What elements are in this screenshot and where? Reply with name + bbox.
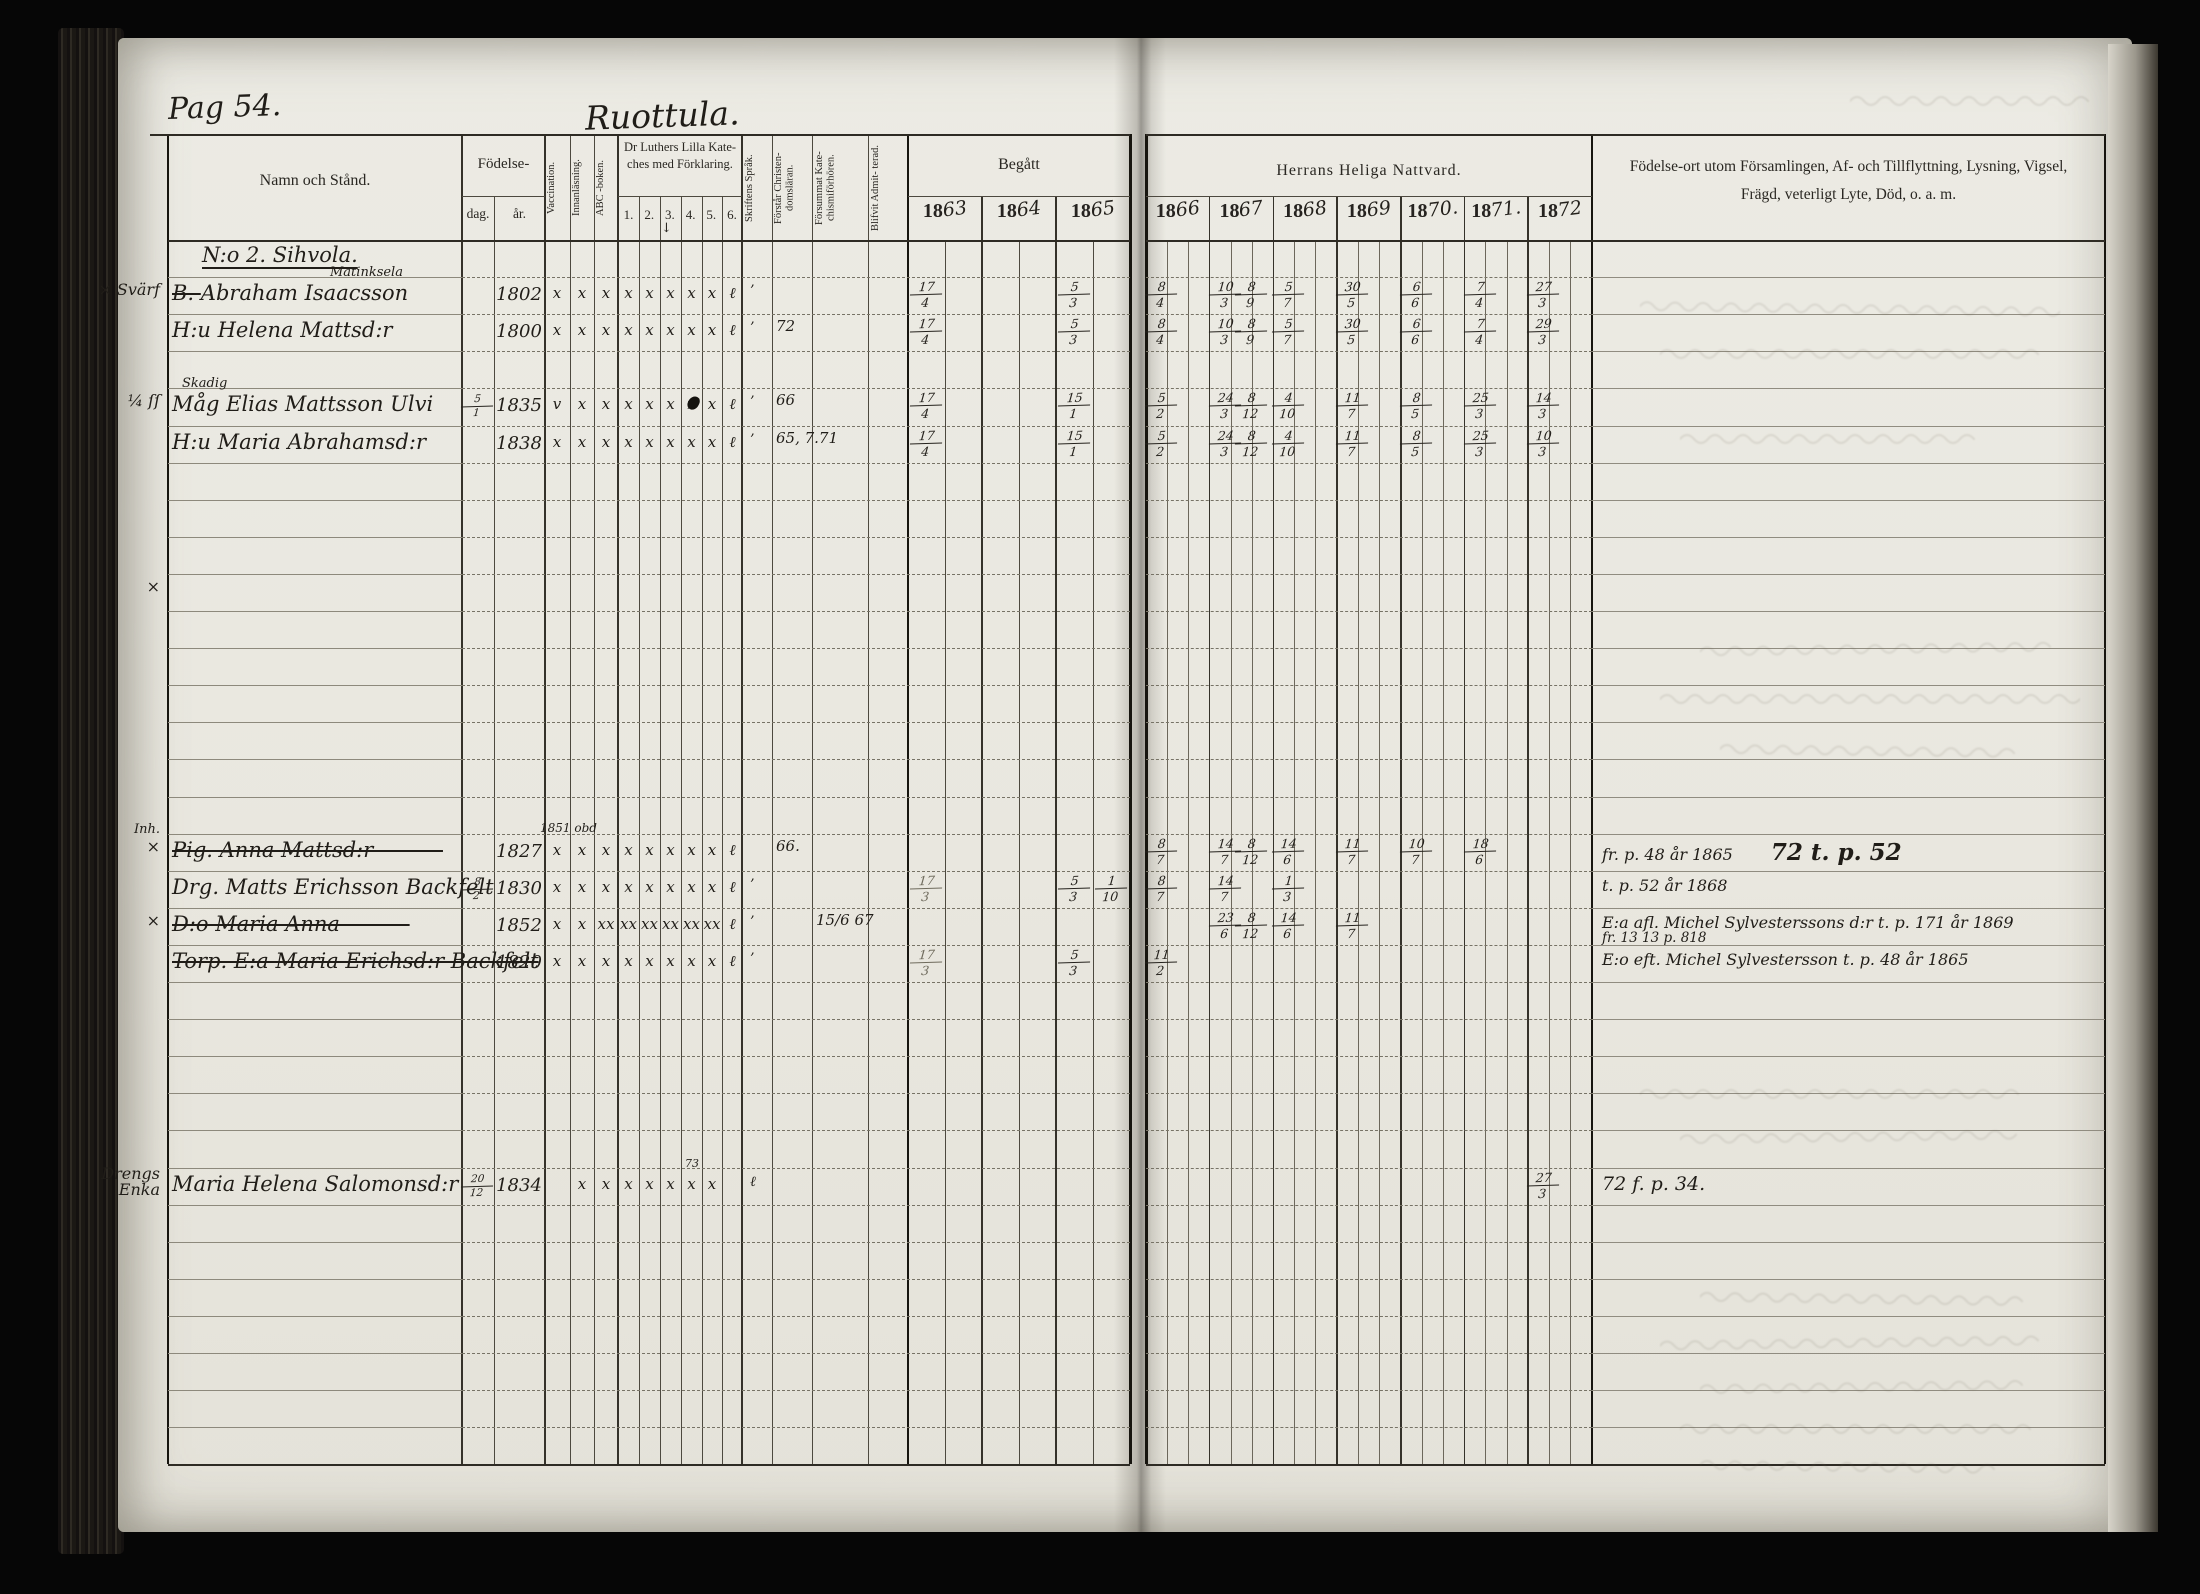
- grid-hline: [1592, 1205, 2105, 1206]
- grid-hline-dashed: [1146, 1242, 1592, 1243]
- fraction-denominator: 12: [1233, 443, 1266, 458]
- grid-hline: [1146, 240, 2105, 242]
- fraction-denominator: 7: [1335, 851, 1368, 866]
- fraction-denominator: 12: [460, 1186, 493, 1199]
- skill-mark: xx: [662, 915, 680, 933]
- fraction-denominator: 3: [1462, 443, 1495, 458]
- grid-hline: [168, 500, 462, 501]
- grid-hline: [168, 314, 462, 315]
- entry-name: Torp. E:a Maria Erichsd:r Backfelt: [172, 949, 539, 973]
- ghost-writing: [1850, 92, 2090, 108]
- date-fraction: 812: [1233, 910, 1268, 940]
- grid-vline: [461, 134, 463, 1464]
- date-fraction: 112: [1144, 947, 1179, 977]
- entry-name-row: D:o Maria Anna ———: [172, 912, 460, 936]
- fraction-denominator: 10: [1094, 888, 1127, 903]
- fraction-denominator: 6: [1398, 295, 1431, 310]
- entry-birth-year: 1835: [494, 395, 544, 416]
- grid-hline: [168, 611, 462, 612]
- fraction-numerator: 1: [1095, 873, 1128, 889]
- grid-hline: [1592, 722, 2105, 723]
- grid-hline: [168, 1168, 462, 1169]
- fraction-denominator: 7: [1335, 925, 1368, 940]
- fraction-numerator: 14: [1527, 391, 1560, 407]
- fraction-numerator: 14: [1272, 910, 1305, 926]
- skill-mark: x: [620, 841, 638, 859]
- skrift-tick: ’: [750, 320, 754, 336]
- skill-mark: x: [683, 321, 701, 339]
- fraction-numerator: 30: [1336, 317, 1369, 333]
- entry-name-row: Maria Helena Salomonsd:r: [172, 1172, 460, 1196]
- date-fraction: 89: [1233, 317, 1268, 347]
- skill-mark: x: [573, 284, 591, 302]
- grid-hline: [1592, 426, 2105, 427]
- skill-mark: ℓ: [724, 321, 742, 340]
- skill-mark: ℓ: [724, 915, 742, 934]
- grid-hline: [1592, 982, 2105, 983]
- grid-hline-dashed: [462, 1130, 1130, 1131]
- skill-mark: x: [703, 395, 721, 413]
- ghost-writing-svg: [1680, 430, 1980, 446]
- remarks-annotation: t. p. 52 år 1868: [1602, 876, 1727, 895]
- year-script: 64: [1015, 197, 1042, 222]
- entry-name: Måg Elias Mattsson Ulvi: [172, 392, 433, 416]
- kateches-group-header-line1: Dr Luthers Lilla Kate-: [618, 140, 742, 155]
- fraction-denominator: 5: [1398, 406, 1431, 421]
- date-fraction: 146: [1271, 910, 1306, 940]
- skill-mark: x: [703, 1175, 721, 1193]
- kateches-subcolumn-header: 2.: [639, 207, 660, 223]
- confirmation-note: 66.: [776, 837, 800, 855]
- skill-mark: x: [683, 841, 701, 859]
- grid-hline-dashed: [1146, 648, 1592, 649]
- grid-hline: [168, 1279, 462, 1280]
- ghost-writing: [1660, 690, 2080, 706]
- fraction-numerator: 8: [1235, 910, 1268, 926]
- book-left-edge: [58, 28, 124, 1554]
- grid-hline-dashed: [1146, 1316, 1592, 1317]
- grid-hline-dashed: [462, 722, 1130, 723]
- grid-hline: [168, 351, 462, 352]
- entry-name: H:u Maria Abrahamsd:r: [172, 430, 426, 454]
- date-fraction: 305: [1335, 280, 1370, 310]
- skill-mark: x: [662, 1175, 680, 1193]
- date-fraction: 174: [909, 280, 944, 310]
- grid-hline: [168, 759, 462, 760]
- grid-hline: [168, 463, 462, 464]
- entry-birth-year: 1820: [494, 952, 544, 973]
- skill-mark: ℓ: [724, 284, 742, 303]
- grid-vline: [1188, 240, 1189, 1464]
- fraction-numerator: 8: [1235, 317, 1268, 333]
- ghost-writing: [1680, 1420, 2040, 1436]
- date-fraction: 151: [1057, 391, 1092, 421]
- grid-hline: [908, 196, 1130, 197]
- year-printed: 18: [923, 200, 943, 222]
- grid-hline-dashed: [462, 574, 1130, 575]
- grid-hline: [168, 685, 462, 686]
- date-fraction: 89: [1233, 280, 1268, 310]
- grid-hline-dashed: [462, 1019, 1130, 1020]
- fraction-denominator: 4: [909, 295, 942, 310]
- grid-vline: [1273, 196, 1275, 1464]
- nattvard-year-header: 1868: [1271, 200, 1339, 223]
- skill-mark: x: [683, 952, 701, 970]
- year-script: 72: [1556, 197, 1583, 222]
- year-printed: 18: [1538, 200, 1558, 222]
- grid-vline: [1443, 240, 1444, 1464]
- grid-hline-dashed: [462, 945, 1130, 946]
- grid-hline-dashed: [1146, 351, 1592, 352]
- fraction-denominator: 9: [1233, 332, 1266, 347]
- date-fraction: 273: [1526, 280, 1561, 310]
- skill-mark: x: [597, 321, 615, 339]
- margin-note: × Svärf: [52, 282, 160, 299]
- entry-name: Maria Helena Salomonsd:r: [172, 1172, 458, 1196]
- fraction-denominator: 7: [1335, 406, 1368, 421]
- grid-vline: [544, 134, 546, 1464]
- year-printed: 18: [1283, 200, 1303, 222]
- nattvard-year-header: 1869: [1335, 200, 1403, 223]
- fraction-numerator: 14: [1272, 836, 1305, 852]
- date-fraction: 305: [1335, 317, 1370, 347]
- date-fraction: 66: [1398, 317, 1433, 347]
- fraction-numerator: 4: [1272, 428, 1305, 444]
- grid-hline-dashed: [462, 759, 1130, 760]
- skill-mark: x: [641, 1175, 659, 1193]
- date-fraction: 174: [909, 317, 944, 347]
- skill-mark: x: [597, 284, 615, 302]
- skill-mark: ℓ: [724, 395, 742, 414]
- grid-hline-dashed: [462, 797, 1130, 798]
- remarks-annotation-text: E:o eft. Michel Sylvestersson t. p. 48 å…: [1602, 950, 1969, 969]
- grid-vline: [1527, 196, 1529, 1464]
- household-heading: N:o 2. Sihvola.: [202, 243, 358, 267]
- skill-mark: x: [662, 284, 680, 302]
- fraction-numerator: 17: [910, 947, 943, 963]
- grid-vline: [1549, 240, 1550, 1464]
- grid-hline: [168, 537, 462, 538]
- fraction-numerator: 30: [1336, 280, 1369, 296]
- skill-mark: x: [703, 433, 721, 451]
- fraction-denominator: 4: [909, 443, 942, 458]
- kateches-subcolumn-header: 1.: [618, 207, 639, 223]
- date-fraction: 82: [460, 876, 494, 902]
- date-fraction: 74: [1462, 280, 1497, 310]
- grid-hline: [462, 196, 545, 197]
- grid-vline: [1019, 240, 1020, 1464]
- skill-mark: x: [641, 841, 659, 859]
- date-fraction: 107: [1398, 836, 1433, 866]
- grid-hline-dashed: [1146, 1279, 1592, 1280]
- skill-mark: x: [573, 841, 591, 859]
- date-fraction: 52: [1144, 428, 1179, 458]
- year-printed: 18: [997, 200, 1017, 222]
- fraction-numerator: 6: [1400, 317, 1433, 333]
- fraction-numerator: 14: [1209, 873, 1242, 889]
- fraction-denominator: 3: [1526, 295, 1559, 310]
- margin-note: ×: [52, 913, 160, 930]
- date-fraction: 117: [1335, 836, 1370, 866]
- fraction-numerator: 8: [1400, 391, 1433, 407]
- fraction-numerator: 11: [1336, 391, 1369, 407]
- vaccination-column-header: Vaccination.: [546, 140, 570, 236]
- grid-hline: [1592, 537, 2105, 538]
- date-fraction: 117: [1335, 428, 1370, 458]
- skill-mark: x: [548, 433, 566, 451]
- entry-name: H:u Helena Mattsd:r: [172, 318, 392, 342]
- grid-hline: [1146, 196, 1592, 197]
- date-fraction: 52: [1144, 391, 1179, 421]
- ghost-writing-svg: [1660, 690, 2080, 706]
- grid-hline: [1592, 1279, 2105, 1280]
- grid-hline-dashed: [1146, 685, 1592, 686]
- skrift-tick: ’: [750, 951, 754, 967]
- name-column-header: Namn och Stånd.: [168, 172, 462, 190]
- date-fraction: 53: [1057, 947, 1092, 977]
- grid-hline-dashed: [1146, 426, 1592, 427]
- skill-mark: x: [703, 878, 721, 896]
- skill-mark: x: [641, 952, 659, 970]
- skill-mark: x: [597, 952, 615, 970]
- fraction-numerator: 8: [1145, 317, 1178, 333]
- fraction-denominator: 7: [1271, 295, 1304, 310]
- grid-hline-dashed: [462, 463, 1130, 464]
- fraction-numerator: 8: [1400, 428, 1433, 444]
- fraction-numerator: 20: [461, 1173, 494, 1187]
- entry-birth-year: 1838: [494, 433, 544, 454]
- grid-hline-dashed: [462, 982, 1130, 983]
- date-fraction: 174: [909, 391, 944, 421]
- grid-hline-dashed: [1146, 314, 1592, 315]
- date-fraction: 53: [1057, 280, 1092, 310]
- grid-vline: [1507, 240, 1508, 1464]
- date-fraction: 74: [1462, 317, 1497, 347]
- date-fraction: 146: [1271, 836, 1306, 866]
- grid-hline: [168, 1242, 462, 1243]
- date-fraction: 66: [1398, 280, 1433, 310]
- skrift-tick: ’: [750, 877, 754, 893]
- remarks-annotation: 72 f. p. 34.: [1602, 1173, 1705, 1195]
- skill-mark: x: [548, 952, 566, 970]
- nattvard-group-header: Herrans Heliga Nattvard.: [1146, 162, 1592, 180]
- skill-mark: x: [548, 284, 566, 302]
- remarks-annotation-text: 72 f. p. 34.: [1602, 1173, 1705, 1195]
- year-script: 69: [1365, 197, 1392, 222]
- skill-mark: x: [548, 878, 566, 896]
- grid-hline-dashed: [462, 648, 1130, 649]
- skill-mark: x: [683, 284, 701, 302]
- year-printed: 18: [1347, 200, 1367, 222]
- grid-hline: [168, 722, 462, 723]
- grid-hline-dashed: [1146, 1353, 1592, 1354]
- entry-name-row: Måg Elias Mattsson Ulvi: [172, 392, 460, 416]
- skriftens-sprak-column-header: Skriftens Språk.: [744, 140, 772, 236]
- abc-boken-column-header: ABC -boken.: [595, 140, 618, 236]
- date-fraction: 410: [1271, 428, 1306, 458]
- year-printed: 18: [1408, 200, 1428, 222]
- skill-mark: v: [548, 395, 566, 413]
- grid-hline: [1592, 797, 2105, 798]
- fraction-numerator: 15: [1058, 391, 1091, 407]
- date-fraction: 253: [1462, 428, 1497, 458]
- fraction-denominator: 7: [1207, 888, 1240, 903]
- fraction-numerator: 5: [1058, 317, 1091, 333]
- page-number: Pag 54.: [167, 88, 281, 127]
- fraction-denominator: 7: [1398, 851, 1431, 866]
- kateches-subcolumn-header: 4.: [680, 207, 701, 223]
- skill-mark: x: [641, 395, 659, 413]
- fraction-denominator: 2: [1144, 443, 1177, 458]
- grid-hline-dashed: [1146, 871, 1592, 872]
- begatt-year-header: 1863: [911, 200, 979, 223]
- skill-mark: x: [683, 878, 701, 896]
- fraction-numerator: 17: [910, 391, 943, 407]
- grid-hline: [150, 134, 1130, 136]
- grid-hline: [168, 1390, 462, 1391]
- remarks-annotation-late-ink: 72 t. p. 52: [1771, 839, 1902, 866]
- grid-vline: [494, 196, 495, 1464]
- skill-mark: x: [573, 395, 591, 413]
- fraction-denominator: 4: [909, 406, 942, 421]
- skrift-tick: ’: [750, 283, 754, 299]
- grid-vline: [1055, 196, 1056, 1464]
- skill-mark: x: [548, 915, 566, 933]
- grid-vline: [722, 196, 723, 1464]
- skill-mark: xx: [641, 915, 659, 933]
- grid-hline-dashed: [1146, 908, 1592, 909]
- grid-hline-dashed: [1146, 574, 1592, 575]
- skill-mark: x: [662, 395, 680, 413]
- date-fraction: 84: [1144, 280, 1179, 310]
- grid-vline: [1570, 240, 1571, 1464]
- grid-vline: [1129, 134, 1132, 1464]
- grid-hline-dashed: [462, 1279, 1130, 1280]
- skill-mark: x: [683, 1175, 701, 1193]
- remarks-header-line1: Födelse-ort utom Församlingen, Af- och T…: [1596, 158, 2101, 176]
- margin-note: ¼ ſſ: [52, 393, 160, 410]
- grid-hline-dashed: [1146, 1427, 1592, 1428]
- entry-name-row: Pig. Anna Mattsd:r ———: [172, 838, 460, 862]
- grid-hline: [1592, 908, 2105, 909]
- fraction-denominator: 3: [1462, 406, 1495, 421]
- birth-group-header: Födelse-: [462, 156, 545, 173]
- grid-hline-dashed: [1146, 982, 1592, 983]
- remarks-header-line2: Frägd, veterligt Lyte, Död, o. a. m.: [1596, 186, 2101, 204]
- date-fraction: 186: [1462, 836, 1497, 866]
- entry-name: Drg. Matts Erichsson Backfelt: [172, 875, 494, 899]
- fraction-denominator: 1: [460, 407, 493, 420]
- remarks-annotation: E:o eft. Michel Sylvestersson t. p. 48 å…: [1602, 950, 1969, 969]
- fraction-numerator: 10: [1400, 836, 1433, 852]
- skill-mark: x: [620, 321, 638, 339]
- date-fraction: 173: [909, 873, 944, 903]
- grid-hline-dashed: [1146, 1019, 1592, 1020]
- skill-mark: x: [641, 284, 659, 302]
- skill-mark: x: [573, 433, 591, 451]
- fraction-numerator: 29: [1527, 317, 1560, 333]
- scanned-book-spread: Pag 54. Ruottula. Namn och Stånd. Födels…: [0, 0, 2200, 1594]
- fraction-denominator: 7: [1144, 851, 1177, 866]
- grid-vline: [1591, 134, 1593, 1464]
- grid-hline: [1146, 134, 2105, 136]
- fraction-numerator: 25: [1463, 428, 1496, 444]
- skill-mark: x: [573, 878, 591, 896]
- fraction-denominator: 6: [1398, 332, 1431, 347]
- grid-hline-dashed: [1146, 945, 1592, 946]
- date-fraction: 53: [1057, 873, 1092, 903]
- fraction-numerator: 10: [1527, 428, 1560, 444]
- year-printed: 18: [1219, 200, 1239, 222]
- date-fraction: 253: [1462, 391, 1497, 421]
- fraction-numerator: 8: [1145, 280, 1178, 296]
- entry-vaccination-note: 1851 obd: [540, 821, 670, 835]
- grid-hline: [168, 240, 1130, 242]
- fraction-numerator: 17: [910, 280, 943, 296]
- fraction-numerator: 11: [1336, 428, 1369, 444]
- admission-note: 15/6 67: [816, 911, 874, 929]
- skill-mark: x: [641, 433, 659, 451]
- skrift-tick: ’: [750, 432, 754, 448]
- fraction-denominator: 6: [1462, 851, 1495, 866]
- date-fraction: 2012: [460, 1173, 494, 1199]
- year-printed: 18: [1156, 200, 1176, 222]
- grid-hline-dashed: [462, 611, 1130, 612]
- remarks-annotation-line2: fr. 13 13 p. 818: [1602, 930, 1706, 946]
- fraction-numerator: 8: [1145, 873, 1178, 889]
- skill-mark: x: [641, 878, 659, 896]
- skill-mark: x: [662, 952, 680, 970]
- fraction-denominator: 12: [1233, 406, 1266, 421]
- fraction-numerator: 11: [1145, 947, 1178, 963]
- skrift-tick: ’: [750, 394, 754, 410]
- grid-hline: [1592, 834, 2105, 835]
- grid-hline-dashed: [1146, 388, 1592, 389]
- skill-mark: xx: [703, 915, 721, 933]
- grid-hline-dashed: [1146, 834, 1592, 835]
- fraction-denominator: 2: [460, 889, 493, 902]
- fraction-numerator: 1: [1272, 873, 1305, 889]
- fraction-denominator: 6: [1271, 925, 1304, 940]
- date-fraction: 410: [1271, 391, 1306, 421]
- year-script: 63: [941, 197, 968, 222]
- fraction-numerator: 17: [910, 873, 943, 889]
- grid-hline: [168, 1130, 462, 1131]
- date-fraction: 85: [1398, 428, 1433, 458]
- date-fraction: 51: [460, 394, 494, 420]
- grid-hline: [168, 1353, 462, 1354]
- grid-hline-dashed: [462, 1168, 1130, 1169]
- date-fraction: 173: [909, 947, 944, 977]
- grid-hline: [1592, 685, 2105, 686]
- fraction-numerator: 8: [1235, 280, 1268, 296]
- ghost-writing: [1680, 430, 1980, 446]
- grid-hline-dashed: [462, 388, 1130, 389]
- entry-birth-year: 1830: [494, 878, 544, 899]
- grid-hline-dashed: [1146, 722, 1592, 723]
- begatt-group-header: Begått: [908, 156, 1130, 174]
- fraction-numerator: 27: [1527, 1170, 1560, 1186]
- grid-hline-dashed: [462, 1093, 1130, 1094]
- grid-hline: [1592, 1353, 2105, 1354]
- skill-mark: x: [597, 395, 615, 413]
- margin-note: Drengs Enka: [52, 1166, 160, 1200]
- remarks-annotation: fr. p. 48 år 186572 t. p. 52: [1602, 839, 1902, 866]
- fraction-denominator: 7: [1271, 332, 1304, 347]
- grid-vline: [594, 134, 595, 1464]
- begatt-year-header: 1864: [985, 200, 1053, 223]
- ghost-writing-svg: [1680, 1420, 2040, 1436]
